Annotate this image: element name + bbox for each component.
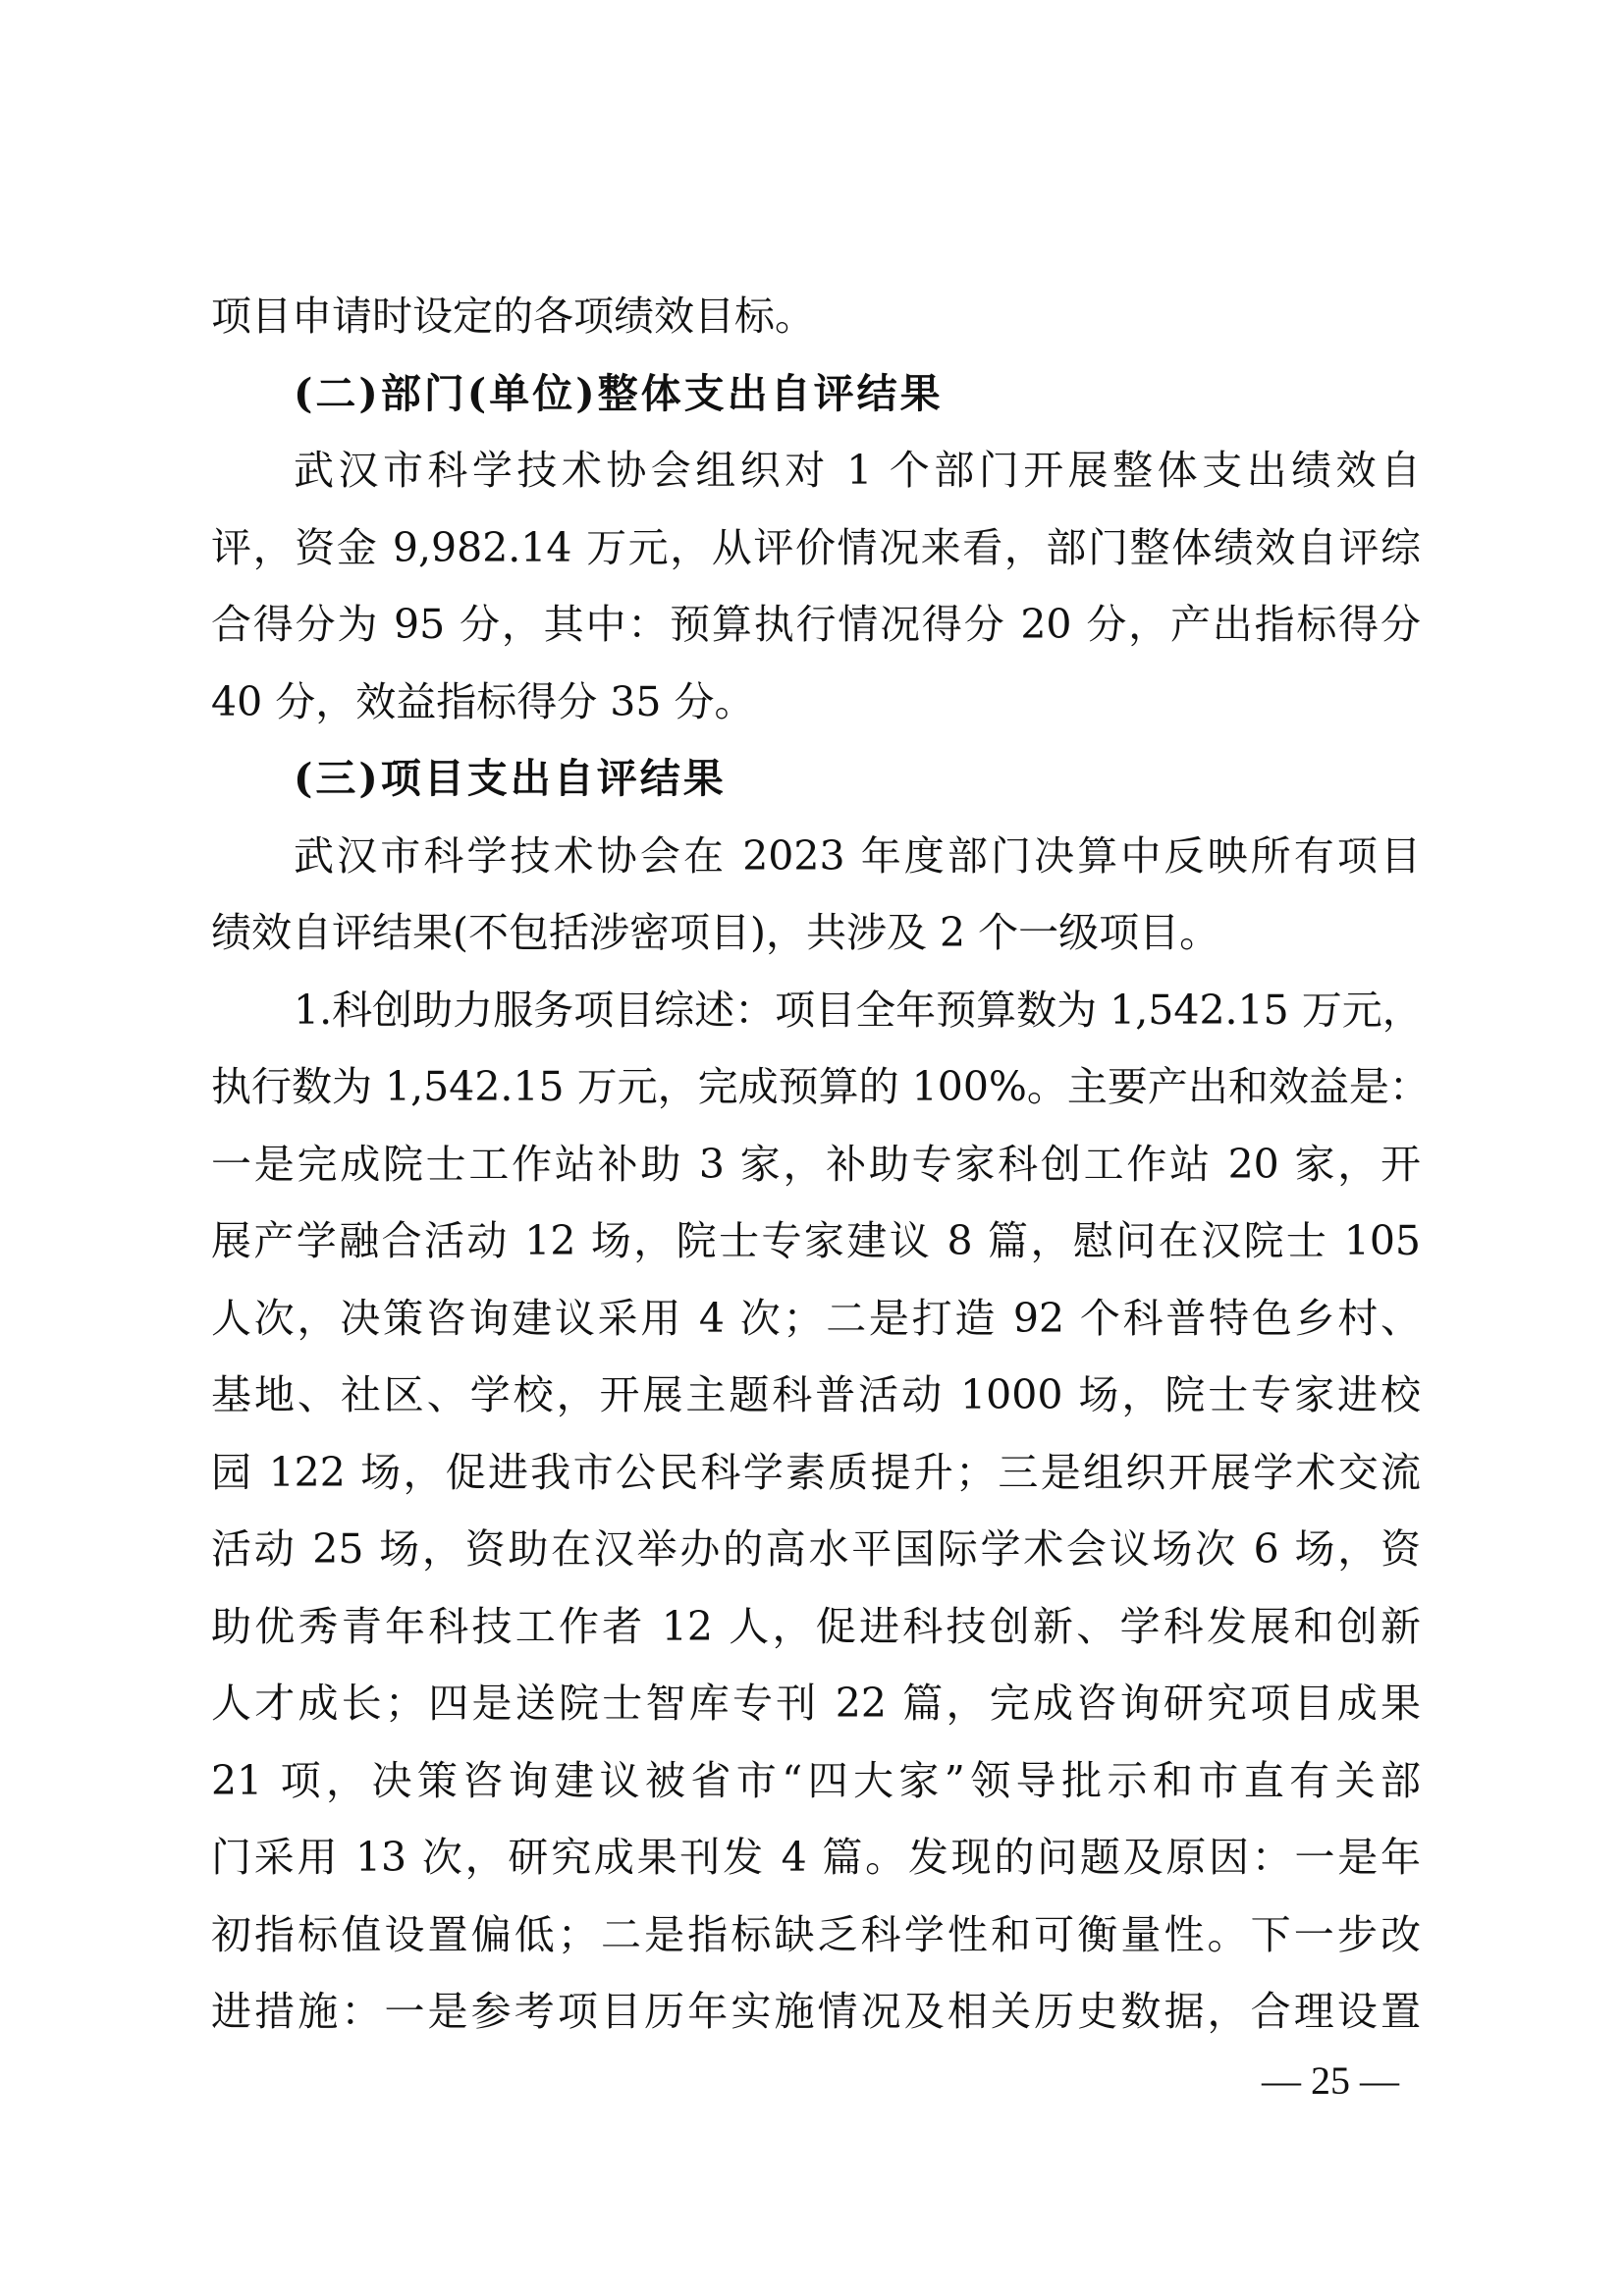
paragraph-line: 1.科创助力服务项目综述：项目全年预算数为 1,542.15 万元， (211, 972, 1421, 1049)
section-heading-department-overall: (二)部门(单位)整体支出自评结果 (211, 355, 1421, 433)
paragraph-line: 40 分，效益指标得分 35 分。 (211, 664, 1421, 741)
paragraph-line: 合得分为 95 分，其中：预算执行情况得分 20 分，产出指标得分 (211, 586, 1421, 664)
paragraph-line: 项目申请时设定的各项绩效目标。 (211, 278, 1421, 355)
paragraph-line: 武汉市科学技术协会组织对 1 个部门开展整体支出绩效自 (211, 432, 1421, 509)
paragraph-line: 园 122 场，促进我市公民科学素质提升；三是组织开展学术交流 (211, 1434, 1421, 1512)
paragraph-line: 助优秀青年科技工作者 12 人，促进科技创新、学科发展和创新 (211, 1588, 1421, 1666)
paragraph-line: 武汉市科学技术协会在 2023 年度部门决算中反映所有项目 (211, 818, 1421, 895)
document-page: 项目申请时设定的各项绩效目标。 (二)部门(单位)整体支出自评结果 武汉市科学技… (0, 0, 1624, 2296)
body-text: 项目申请时设定的各项绩效目标。 (二)部门(单位)整体支出自评结果 武汉市科学技… (211, 278, 1421, 2051)
section-heading-project-expenditure: (三)项目支出自评结果 (211, 740, 1421, 818)
paragraph-line: 基地、社区、学校，开展主题科普活动 1000 场，院士专家进校 (211, 1357, 1421, 1434)
paragraph-line: 评，资金 9,982.14 万元，从评价情况来看，部门整体绩效自评综 (211, 509, 1421, 587)
paragraph-line: 进措施：一是参考项目历年实施情况及相关历史数据，合理设置 (211, 1973, 1421, 2051)
paragraph-line: 执行数为 1,542.15 万元，完成预算的 100%。主要产出和效益是： (211, 1048, 1421, 1126)
paragraph-line: 一是完成院士工作站补助 3 家，补助专家科创工作站 20 家，开 (211, 1126, 1421, 1203)
paragraph-line: 门采用 13 次，研究成果刊发 4 篇。发现的问题及原因：一是年 (211, 1819, 1421, 1896)
paragraph-line: 绩效自评结果(不包括涉密项目)，共涉及 2 个一级项目。 (211, 894, 1421, 972)
paragraph-line: 初指标值设置偏低；二是指标缺乏科学性和可衡量性。下一步改 (211, 1896, 1421, 1974)
paragraph-line: 人才成长；四是送院士智库专刊 22 篇，完成咨询研究项目成果 (211, 1665, 1421, 1742)
paragraph-line: 活动 25 场，资助在汉举办的高水平国际学术会议场次 6 场，资 (211, 1511, 1421, 1588)
page-number: — 25 — (1232, 2056, 1429, 2106)
paragraph-line: 21 项，决策咨询建议被省市“四大家”领导批示和市直有关部 (211, 1742, 1421, 1820)
paragraph-line: 人次，决策咨询建议采用 4 次；二是打造 92 个科普特色乡村、 (211, 1280, 1421, 1358)
paragraph-line: 展产学融合活动 12 场，院士专家建议 8 篇，慰问在汉院士 105 (211, 1202, 1421, 1280)
